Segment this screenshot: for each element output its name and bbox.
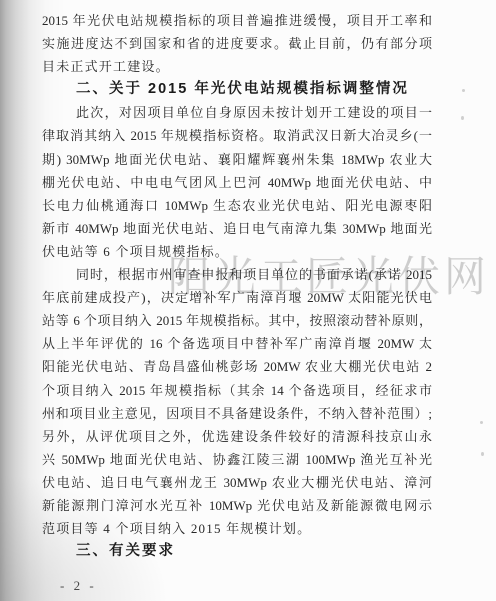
document-page: 阳光工匠光伏网 2015 年光伏电站规模指标的项目普遍推进缓慢，项目开工率和 实… [0,0,496,601]
document-body: 2015 年光伏电站规模指标的项目普遍推进缓慢，项目开工率和 实施进度达不到国家… [42,9,432,563]
text-line: 同时，根据市州审查申报和项目单位的书面承诺(承诺 2015 [42,263,432,286]
scan-speck [480,421,483,424]
text-line: 另外，从评优项目之外，优选建设条件较好的清源科技京山永 [42,425,432,448]
text-line: 范项目等 4 个项目纳入 2015 年规模计划。 [42,517,432,540]
page-number: - 2 - [60,578,97,594]
section-heading-2: 二、关于 2015 年光伏电站规模指标调整情况 [42,78,432,101]
text-line: 期) 30MWp 地面光伏电站、襄阳耀辉襄州朱集 18MWp 农业大 [42,148,432,171]
text-line: 州和项目业主意见，因项目不具备建设条件，不纳入替补范围）; [42,402,432,425]
text-line: 伏电站等 6 个项目规模指标。 [42,240,432,263]
text-line: 站等 6 个项目纳入 2015 年规模指标。其中，按照滚动替补原则， [42,309,432,332]
text-line: 长电力仙桃通海口 10MWp 生态农业光伏电站、阳光电源枣阳 [42,194,432,217]
text-line: 新能源荆门漳河水光互补 10MWp 光伏电站及新能源微电网示 [42,494,432,517]
scan-speck [481,452,484,456]
text-line: 实施进度达不到国家和省的进度要求。截止目前，仍有部分项 [42,32,432,55]
scan-speck [462,89,465,92]
scan-speck [461,116,464,120]
text-line: 新市 40MWp 地面光伏电站、追日电气南漳九集 30MWp 地面光 [42,217,432,240]
text-line: 年底前建成投产)，决定增补军广南漳肖堰 20MW 太阳能光伏电 [42,286,432,309]
text-line: 阳能光伏电站、青岛昌盛仙桃彭场 20MW 农业大棚光伏电站 2 [42,355,432,378]
section-heading-3: 三、有关要求 [42,540,432,563]
text-line: 伏电站、追日电气襄州龙王 30MWp 农业大棚光伏电站、漳河 [42,471,432,494]
text-line: 个项目纳入 2015 年规模指标（其余 14 个备选项目，经征求市 [42,379,432,402]
text-line: 棚光伏电站、中电电气团风上巴河 40MWp 地面光伏电站、中 [42,171,432,194]
text-line: 2015 年光伏电站规模指标的项目普遍推进缓慢，项目开工率和 [42,9,432,32]
text-line: 律取消其纳入 2015 年规模指标资格。取消武汉日新大冶灵乡(一 [42,124,432,147]
text-line: 兴 50MWp 地面光伏电站、协鑫江陵三湖 100MWp 渔光互补光 [42,448,432,471]
text-line: 从上半年评优的 16 个备选项目中替补军广南漳肖堰 20MW 太 [42,332,432,355]
text-line: 此次，对因项目单位自身原因未按计划开工建设的项目一 [42,101,432,124]
text-line: 目未正式开工建设。 [42,55,432,78]
